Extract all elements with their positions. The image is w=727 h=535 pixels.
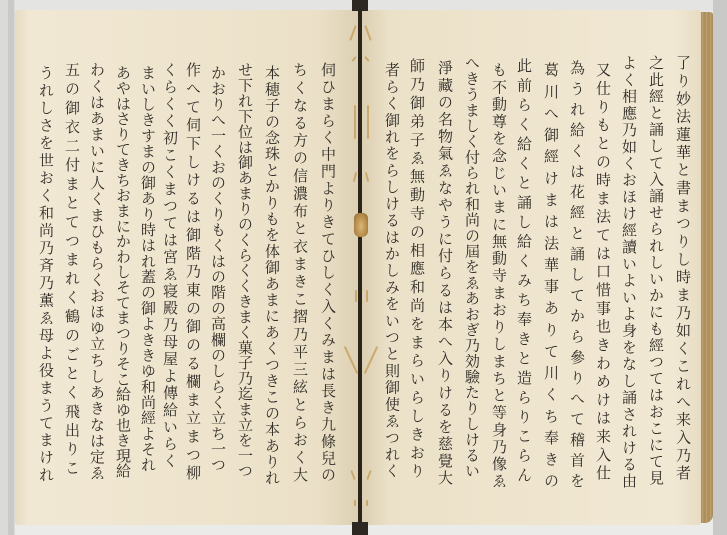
binding-thread-mark (354, 105, 356, 139)
right-page: 了り妙法蓮華と書まつりし時ま乃如くこれへ来入乃者 之此經と誦して入誦せられしいか… (362, 10, 701, 525)
text-column: あやはさりてきちおまにかわしそてまつりそこ給ゆ也き現給 (113, 65, 133, 478)
text-column: 又仕りもとの時ま法ては口惜事也きわめけは来入仕 (593, 62, 613, 480)
binding-thread-mark (366, 290, 368, 302)
text-column: 伺ひまらく中門よりきてひしく入くみまは長き九條兒の (318, 62, 338, 482)
background-left-edge (0, 0, 15, 535)
text-column: 之此經と誦して入誦せられしいかにも經つてはおこにて見 (646, 55, 666, 485)
binding-thread-knot (354, 213, 368, 237)
text-column: 了り妙法蓮華と書まつりし時ま乃如くこれへ来入乃者 (673, 55, 693, 480)
text-column: うれしさを世おく和尚乃斉乃薫ゑ母よ役まうてまけれ (36, 65, 56, 482)
text-column: 本穂子の念珠とかりもを体御あまにあくつきこの本ありれ (262, 65, 282, 485)
text-column: 淨藏の名物氣ゑなやうに付らるは本へ入りけるを慈覺大 (435, 60, 455, 485)
text-column: も不動尊を念じいまに無動寺まおりしまちと等身乃像ゑ (489, 62, 509, 488)
text-column: まいしきすまの御あり時はれ蓋の御よききゆ和尚經よそれ (138, 65, 158, 472)
spine-top-cap (352, 0, 368, 11)
text-column: くらくく初こくまつては宮ゑ寝殿乃母屋よ傳給いらく (160, 62, 180, 468)
text-column: 為うれ給くは花經と誦してから參りへて稽首を (567, 60, 587, 488)
binding-thread-mark (355, 290, 357, 302)
text-column: 五の御衣二付まとてつまれく鶴のごとく飛出りこ (62, 62, 82, 475)
open-book-photograph: 伺ひまらく中門よりきてひしく入くみまは長き九條兒の ちくなる方の信濃布と衣まきこ… (0, 0, 727, 535)
text-column: よく相應乃如くおほけ經讀いよいよ身をなし誦されける由 (619, 55, 639, 488)
text-column: 葛川へ御經けまは法華事ありて川くち奉きの (541, 62, 561, 488)
text-column: 者らく御れをらしけるはかしみをいつと則御使ゑつれく (382, 62, 402, 478)
text-column: ちくなる方の信濃布と衣まきこ摺乃平三絃とらおく大 (290, 62, 310, 482)
page-edges-stack (701, 12, 713, 523)
left-page: 伺ひまらく中門よりきてひしく入くみまは長き九條兒の ちくなる方の信濃布と衣まきこ… (15, 10, 360, 525)
text-column: 作へて伺下しけるは御階乃東の御のる欄ま立まつ柳 (183, 62, 203, 480)
background-right-edge (713, 0, 727, 535)
text-column: 此前らく給くと誦し給くみち奉きと造らりこらん (514, 58, 534, 482)
binding-thread-mark (367, 105, 369, 139)
text-column: わくはあまいに人くまひもらくおほゆ立ちしあきなは定ゑ (87, 62, 107, 480)
binding-thread-mark (366, 500, 368, 506)
text-column: かおりへ一くおのくりもくはの階の高欄のしらく立ち一つ (208, 65, 228, 472)
spine-gutter (358, 0, 362, 535)
text-column: へきうましく付られ和尚の屆をゑあおぎ乃効驗たりしけるい (462, 55, 482, 478)
binding-thread-mark (354, 500, 356, 506)
text-column: 師乃御弟子ゑ無動寺の相應和尚をまらいらしきおり (407, 58, 427, 478)
spine-bottom-cap (352, 522, 368, 535)
text-column: せ下れ下位は御あまりのくらくくきまく菓子乃迄ま立を一つ (235, 62, 255, 478)
